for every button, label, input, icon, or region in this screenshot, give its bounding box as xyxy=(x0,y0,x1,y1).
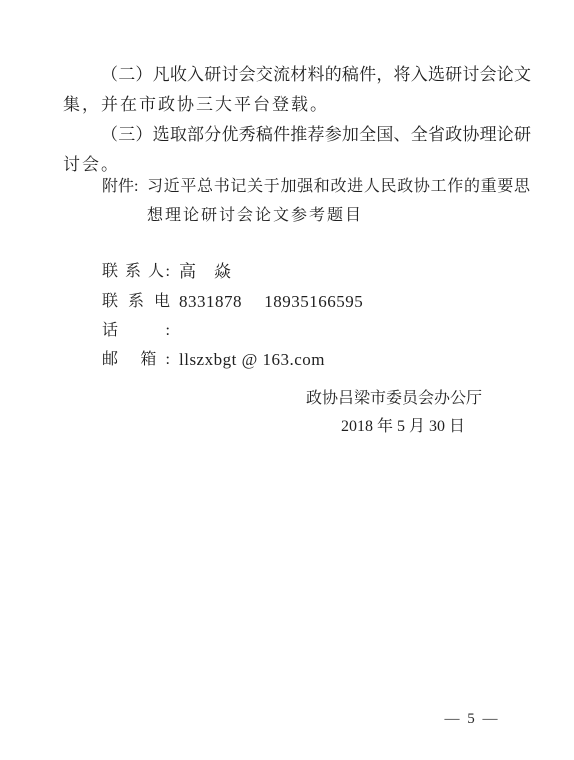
paragraph-2-line-1: （二）凡收入研讨会交流材料的稿件，将入选研讨会论文 xyxy=(63,60,531,90)
issue-date: 2018 年 5 月 30 日 xyxy=(305,413,483,441)
attachment-line-2: 想理论研讨会论文参考题目 xyxy=(147,201,530,230)
contact-person-label: 联 系 人: xyxy=(102,257,170,286)
attachment-note: 附件: 习近平总书记关于加强和改进人民政协工作的重要思 想理论研讨会论文参考题目 xyxy=(102,172,530,230)
signature-block: 政协吕梁市委员会办公厅 2018 年 5 月 30 日 xyxy=(305,385,483,441)
paragraph-2-line-2: 集，并在市政协三大平台登载。 xyxy=(63,90,531,120)
contact-email-label: 邮 箱: xyxy=(102,345,170,374)
contact-person-value: 高 焱 xyxy=(179,262,232,281)
page-number: — 5 — xyxy=(421,707,521,731)
attachment-line-1: 习近平总书记关于加强和改进人民政协工作的重要思 xyxy=(147,172,530,201)
contact-email-value: llszxbgt @ 163.com xyxy=(179,350,325,369)
contact-phone-value: 8331878 18935166595 xyxy=(179,292,363,311)
body-paragraphs: （二）凡收入研讨会交流材料的稿件，将入选研讨会论文 集，并在市政协三大平台登载。… xyxy=(63,60,531,180)
contact-phone-row: 联系电话:8331878 18935166595 xyxy=(102,287,363,345)
contact-email-row: 邮 箱:llszxbgt @ 163.com xyxy=(102,345,363,375)
contact-person-row: 联 系 人:高 焱 xyxy=(102,257,363,287)
contact-phone-label: 联系电话: xyxy=(102,287,170,345)
issuing-office: 政协吕梁市委员会办公厅 xyxy=(305,385,483,413)
document-page: （二）凡收入研讨会交流材料的稿件，将入选研讨会论文 集，并在市政协三大平台登载。… xyxy=(0,0,574,760)
attachment-label: 附件: xyxy=(102,172,138,201)
attachment-text: 习近平总书记关于加强和改进人民政协工作的重要思 想理论研讨会论文参考题目 xyxy=(147,172,530,230)
contact-info: 联 系 人:高 焱 联系电话:8331878 18935166595 邮 箱:l… xyxy=(102,257,363,375)
paragraph-3-line-1: （三）选取部分优秀稿件推荐参加全国、全省政协理论研 xyxy=(63,120,531,150)
